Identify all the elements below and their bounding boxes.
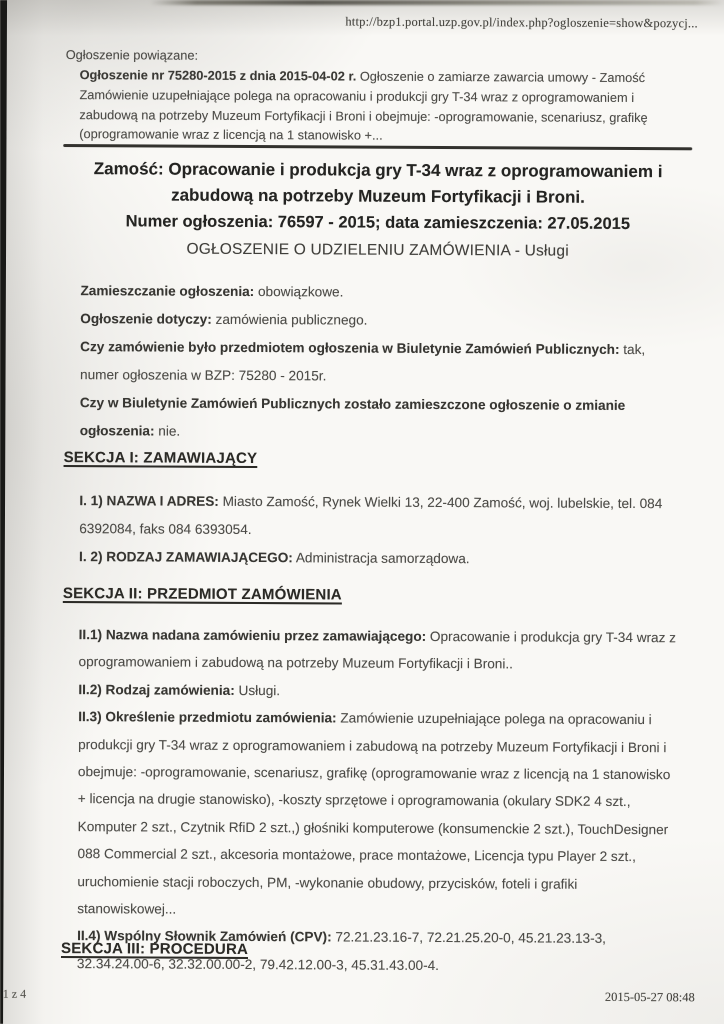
- section-item: I. 1) NAZWA I ADRES: Miasto Zamość, Ryne…: [79, 487, 681, 546]
- intro-paragraph: Zamieszczanie ogłoszenia: obowiązkowe.: [80, 277, 682, 308]
- section-2-items: II.1) Nazwa nadana zamówieniu przez zama…: [77, 621, 681, 980]
- print-url-header: http://bzp1.portal.uzp.gov.pl/index.php?…: [345, 14, 698, 31]
- section-item: II.1) Nazwa nadana zamówieniu przez zama…: [78, 621, 680, 679]
- field-label: Czy zamówienie było przedmiotem ogłoszen…: [80, 339, 619, 357]
- field-label: Zamieszczanie ogłoszenia:: [80, 283, 254, 299]
- section-heading-2: SEKCJA II: PRZEDMIOT ZAMÓWIENIA: [63, 585, 342, 603]
- related-announcement-text: Ogłoszenie nr 75280-2015 z dnia 2015-04-…: [79, 65, 681, 147]
- scanned-document-page: http://bzp1.portal.uzp.gov.pl/index.php?…: [0, 0, 724, 1024]
- field-value: Usługi.: [235, 683, 280, 698]
- intro-paragraphs: Zamieszczanie ogłoszenia: obowiązkowe. O…: [80, 277, 683, 448]
- intro-paragraph: Ogłoszenie dotyczy: zamówienia publiczne…: [80, 305, 682, 336]
- field-label: Ogłoszenie dotyczy:: [80, 311, 212, 327]
- scan-top-edge-artifact: [150, 0, 724, 5]
- document-title: Zamość: Opracowanie i produkcja gry T-34…: [78, 156, 678, 211]
- field-label: II.3) Określenie przedmiotu zamówienia:: [78, 709, 336, 725]
- title-block: Zamość: Opracowanie i produkcja gry T-34…: [61, 156, 696, 265]
- section-heading-3: SEKCJA III: PROCEDURA: [61, 940, 248, 958]
- field-value: nie.: [154, 424, 180, 439]
- section-item: II.3) Określenie przedmiotu zamówienia: …: [77, 703, 680, 925]
- intro-paragraph: Czy w Biuletynie Zamówień Publicznych zo…: [80, 389, 682, 448]
- announcement-number-line: Numer ogłoszenia: 76597 - 2015; data zam…: [61, 208, 695, 238]
- document-content: http://bzp1.portal.uzp.gov.pl/index.php?…: [0, 0, 724, 1024]
- field-value: zamówienia publicznego.: [212, 312, 368, 328]
- section-item: I. 2) RODZAJ ZAMAWIAJĄCEGO: Administracj…: [79, 543, 681, 574]
- related-announcement-link: Ogłoszenie nr 75280-2015 z dnia 2015-04-…: [80, 67, 357, 83]
- section-1-items: I. 1) NAZWA I ADRES: Miasto Zamość, Ryne…: [79, 487, 681, 574]
- related-announcement-block: Ogłoszenie powiązane: Ogłoszenie nr 7528…: [65, 47, 682, 147]
- field-label: II.1) Nazwa nadana zamówieniu przez zama…: [79, 627, 427, 644]
- section-item: II.2) Rodzaj zamówienia: Usługi.: [78, 676, 680, 707]
- field-value: Administracja samorządowa.: [293, 550, 470, 566]
- field-label: I. 1) NAZWA I ADRES:: [79, 493, 219, 509]
- field-value: Zamówienie uzupełniające polega na oprac…: [77, 711, 670, 917]
- announcement-type-line: OGŁOSZENIE O UDZIELENIU ZAMÓWIENIA - Usł…: [61, 235, 695, 265]
- field-label: II.2) Rodzaj zamówienia:: [78, 682, 234, 698]
- intro-paragraph: Czy zamówienie było przedmiotem ogłoszen…: [80, 333, 682, 392]
- page-number: 1 z 4: [3, 987, 26, 1002]
- print-timestamp: 2015-05-27 08:48: [605, 990, 695, 1005]
- field-value: obowiązkowe.: [254, 284, 343, 299]
- field-label: I. 2) RODZAJ ZAMAWIAJĄCEGO:: [79, 549, 293, 565]
- section-heading-1: SEKCJA I: ZAMAWIAJĄCY: [64, 449, 258, 467]
- related-announcement-label: Ogłoszenie powiązane:: [66, 47, 682, 65]
